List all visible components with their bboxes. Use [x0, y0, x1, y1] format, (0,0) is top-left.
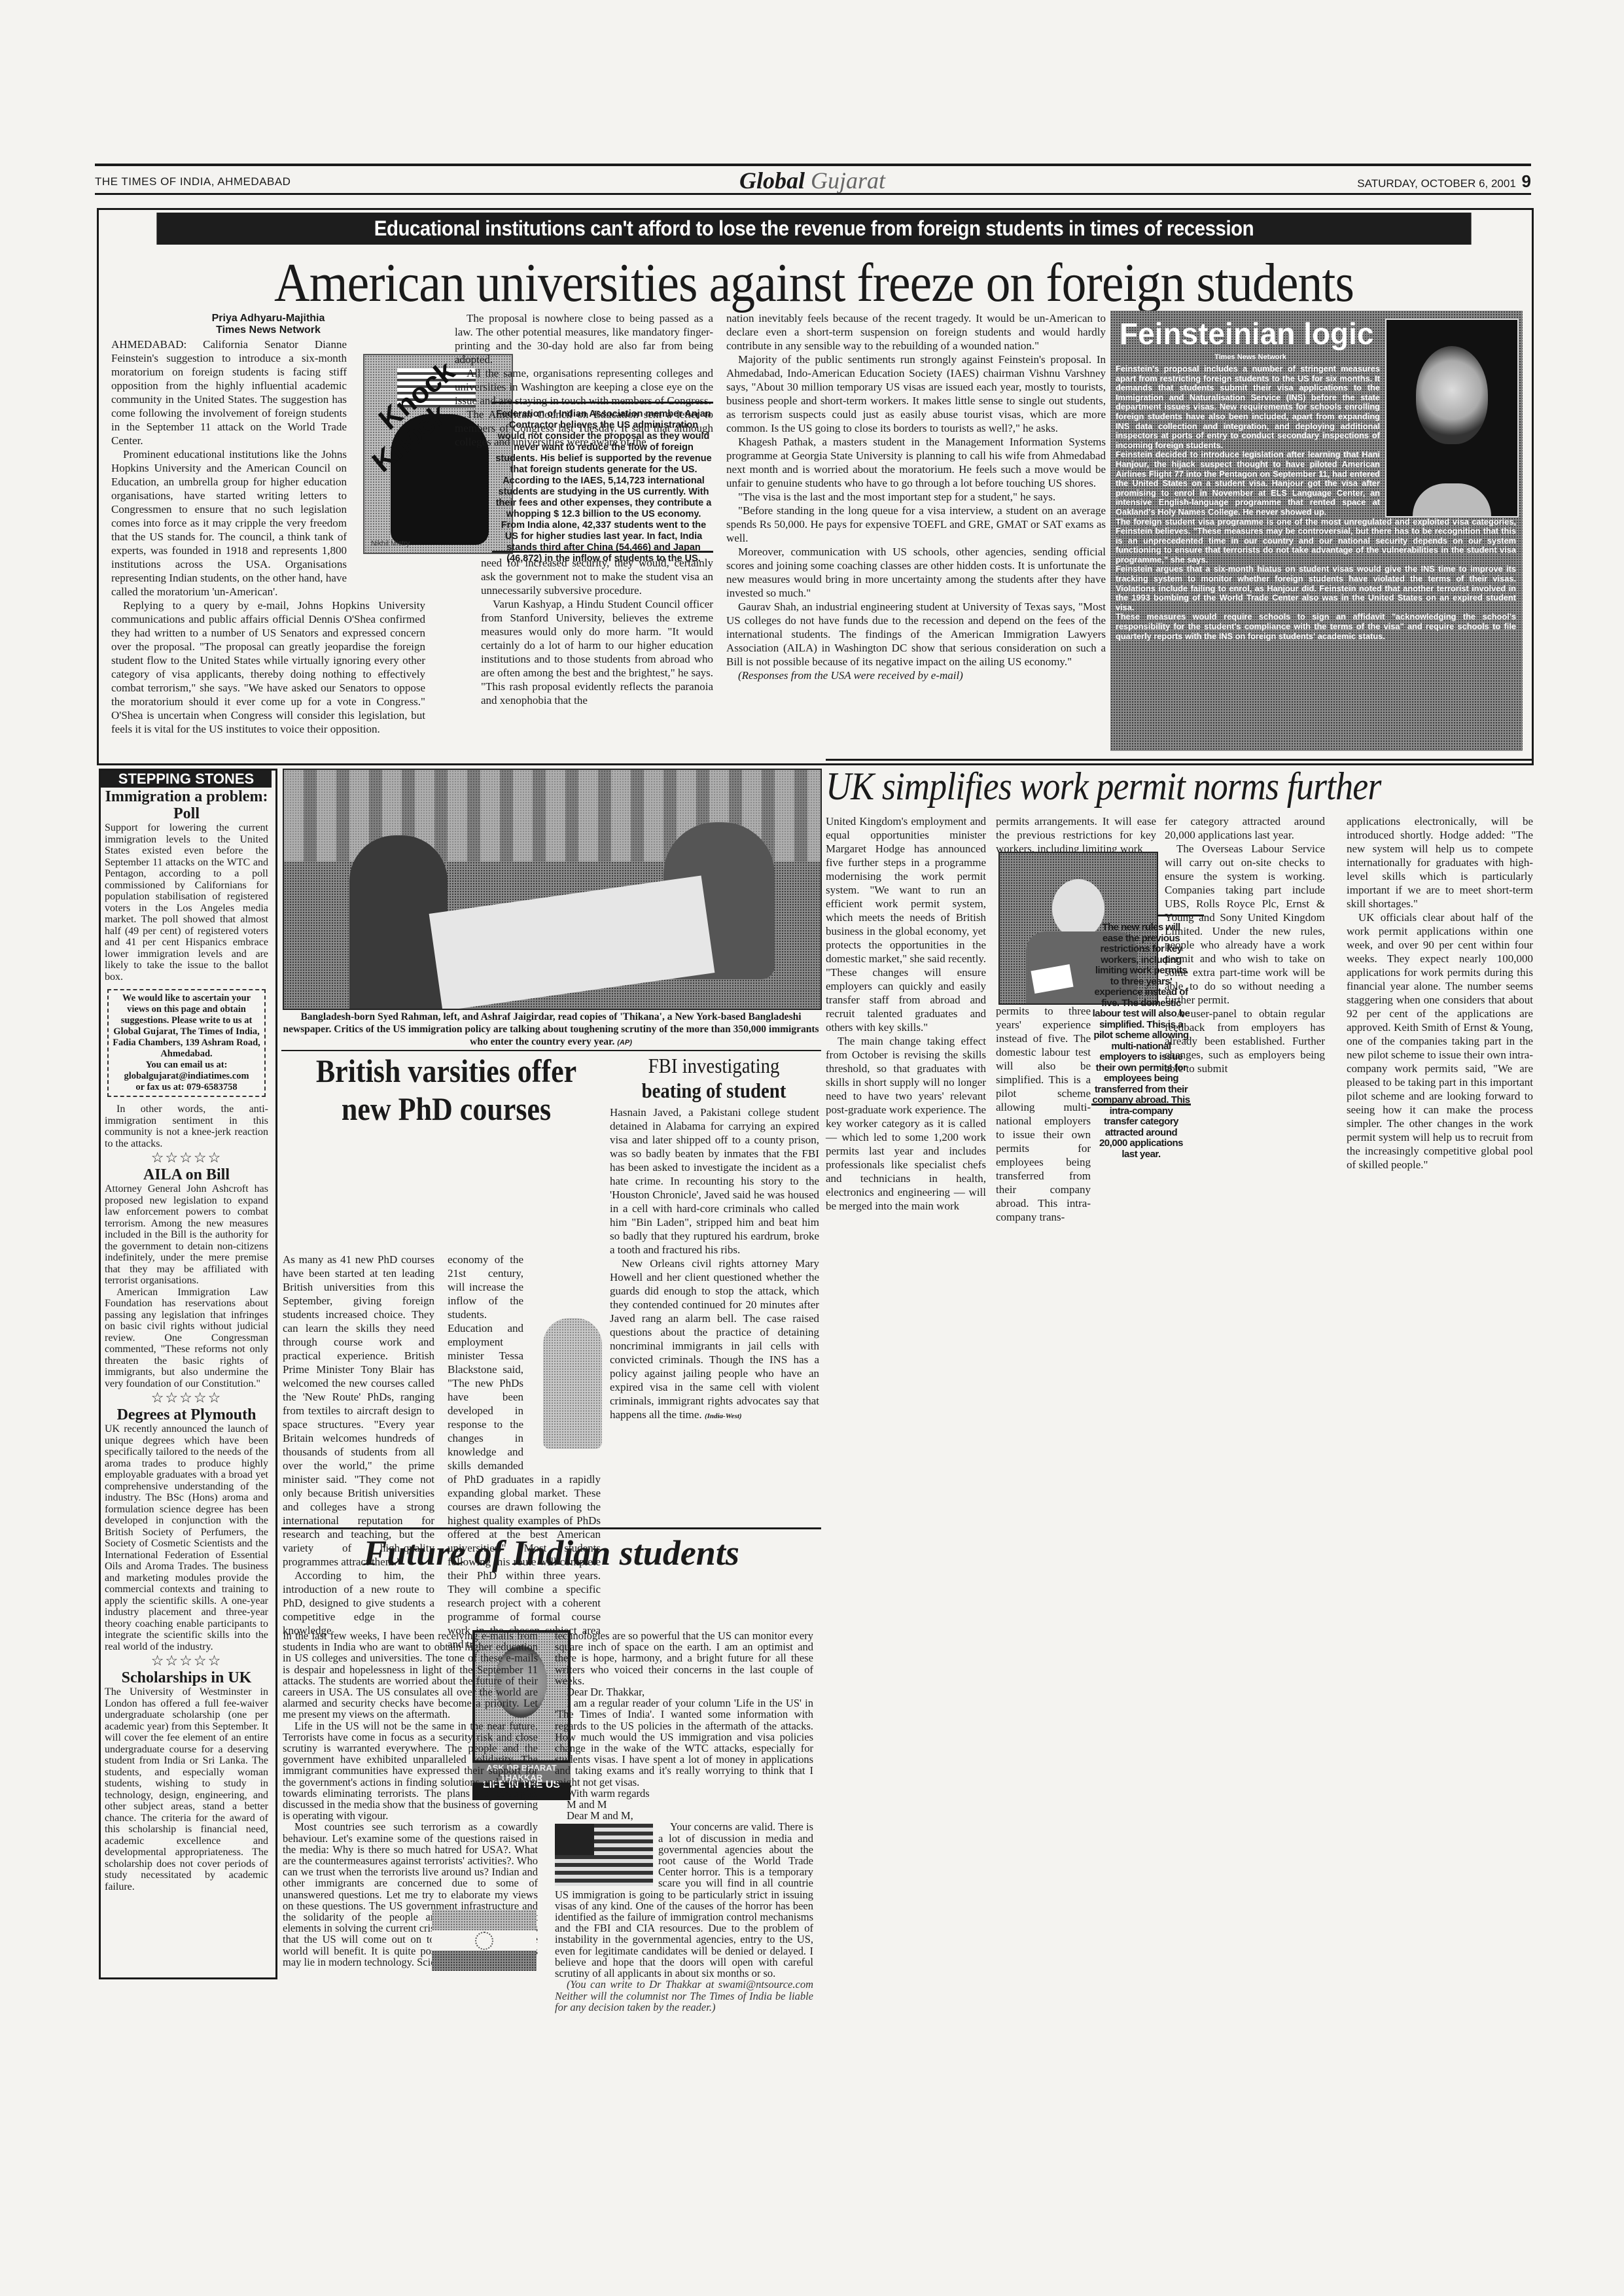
item-body-aila: Attorney General John Ashcroft has propo… [105, 1183, 268, 1389]
lead-col3: nation inevitably feels because of the r… [726, 311, 1106, 682]
lead-col2-after-p1: need for increased security, they would,… [481, 556, 713, 597]
photo-caption: Bangladesh-born Syed Rahman, left, and A… [283, 1011, 819, 1049]
feinstein-title: Feinsteinian logic [1120, 316, 1374, 351]
feinstein-sidebar: Feinsteinian logic Times News Network Fe… [1110, 311, 1523, 751]
lead-col2-after: need for increased security, they would,… [481, 556, 713, 707]
phd-col2: economy of the 21st century, will increa… [448, 1253, 601, 1651]
contact-text: We would like to ascertain your views on… [111, 993, 262, 1060]
phd-col1-p2: According to him, the introduction of a … [283, 1569, 434, 1637]
pullquote-bottom-rule [492, 551, 713, 553]
flag-band-bottom [432, 1951, 537, 1971]
stepping-stones-content: Immigration a problem: Poll Support for … [105, 788, 268, 1892]
fbi-headline-2: beating of student [619, 1078, 809, 1103]
uk-col3: fer category attracted around 20,000 app… [1165, 814, 1325, 1075]
fbi-headline: FBI investigating beating of student [619, 1053, 809, 1103]
contact-box: We would like to ascertain your views on… [107, 989, 266, 1097]
fbi-credit: (India-West) [705, 1412, 742, 1420]
future-headline: Future of Indian students [281, 1532, 821, 1574]
photo-credit: (AP) [617, 1039, 632, 1047]
feinstein-p5: These measures would require schools to … [1116, 612, 1516, 641]
future-col2-p7: Your concerns are valid. There is a lot … [555, 1821, 813, 1979]
contact-fax: or fax us at: 079-6583758 [111, 1082, 262, 1093]
section-title-global: Global [739, 167, 805, 194]
plymouth-p1: UK recently announced the launch of uniq… [105, 1423, 268, 1652]
chakra-icon [475, 1932, 493, 1950]
lead-col3-p6: Moreover, communication with US schools,… [726, 545, 1106, 600]
lead-agency: Times News Network [111, 324, 425, 336]
poll-after: In other words, the anti-immigration sen… [105, 1104, 268, 1149]
uk-top-rule [826, 759, 1532, 761]
us-flag-canton [555, 1824, 594, 1855]
uk-headline: UK simplifies work permit norms further [826, 764, 1462, 809]
flag-band-top [432, 1910, 537, 1930]
phd-headline-2: new PhD courses [302, 1090, 590, 1128]
phd-headline: British varsities offer new PhD courses [302, 1052, 590, 1128]
future-col1-p2: Life in the US will not be the same in t… [283, 1720, 538, 1822]
paper-name: THE TIMES OF INDIA, AHMEDABAD [95, 175, 291, 188]
uk-col1-p1: United Kingdom's employment and equal op… [826, 814, 986, 1034]
fbi-headline-1: FBI investigating [619, 1053, 809, 1078]
newspaper-page: { "masthead": { "left": "THE TIMES OF IN… [0, 0, 1624, 2296]
photo-newspaper [429, 876, 715, 1010]
lead-col3-p1: nation inevitably feels because of the r… [726, 311, 1106, 353]
item-title-plymouth: Degrees at Plymouth [105, 1406, 268, 1423]
item-title-scholarships: Scholarships in UK [105, 1669, 268, 1686]
lead-col3-p7: Gaurav Shah, an industrial engineering s… [726, 600, 1106, 669]
phd-col1: As many as 41 new PhD courses have been … [283, 1253, 434, 1637]
section-title-gujarat: Gujarat [811, 167, 885, 194]
lead-col3-p5: "Before standing in the long queue for a… [726, 504, 1106, 545]
item-body-poll: Support for lowering the current immigra… [105, 822, 268, 983]
item-title-aila: AILA on Bill [105, 1166, 268, 1183]
uk-col3-p3: A user-panel to obtain regular feedback … [1165, 1007, 1325, 1075]
future-col1-p1: In the last few weeks, I have been recei… [283, 1630, 538, 1720]
lead-col3-p4: "The visa is the last and the most impor… [726, 490, 1106, 504]
date: SATURDAY, OCTOBER 6, 2001 [1357, 177, 1516, 190]
future-col2-p1: technologies are so powerful that the US… [555, 1630, 813, 1686]
uk-col2-top: permits arrangements. It will ease the p… [996, 814, 1156, 856]
uk-col4-p1: applications electronically, will be int… [1347, 814, 1533, 911]
lead-col3-p2: Majority of the public sentiments run st… [726, 353, 1106, 435]
poll-after-p: In other words, the anti-immigration sen… [105, 1104, 268, 1149]
lead-col2-p1: The proposal is nowhere close to being p… [455, 311, 713, 366]
fbi-body: Hasnain Javed, a Pakistani college stude… [610, 1105, 819, 1423]
lead-col1-p3: Replying to a query by e-mail, Johns Hop… [111, 599, 425, 736]
lead-col2-after-p2: Varun Kashyap, a Hindu Student Council o… [481, 597, 713, 707]
uk-col1: United Kingdom's employment and equal op… [826, 814, 986, 1213]
section-title: Global Gujarat [739, 167, 885, 194]
page-date: SATURDAY, OCTOBER 6, 2001 9 [1357, 171, 1531, 192]
photo-caption-text: Bangladesh-born Syed Rahman, left, and A… [283, 1011, 819, 1047]
lead-pullquote: Federation of Indian Association member … [494, 409, 713, 565]
uk-col2-bottom: permits to three years' experience inste… [996, 1004, 1091, 1224]
lead-kicker: Educational institutions can't afford to… [156, 213, 1471, 245]
lead-headline: American universities against freeze on … [171, 252, 1457, 315]
aila-p1: Attorney General John Ashcroft has propo… [105, 1183, 268, 1287]
uk-col4: applications electronically, will be int… [1347, 814, 1533, 1172]
fbi-p2-text: New Orleans civil rights attorney Mary H… [610, 1257, 819, 1421]
lead-col3-p3: Khagesh Pathak, a masters student in the… [726, 435, 1106, 490]
future-col2-p3: I am a regular reader of your column 'Li… [555, 1697, 813, 1788]
item-body-scholarships: The University of Westminster in London … [105, 1686, 268, 1892]
future-col2-p4: With warm regards [555, 1788, 813, 1799]
item-title-poll: Immigration a problem: Poll [105, 788, 268, 822]
star-separator-1: ☆☆☆☆☆ [105, 1149, 268, 1166]
illustration-credit: Nikhil Mistry [371, 540, 410, 548]
future-col2-p5: M and M [555, 1799, 813, 1810]
poll-p1: Support for lowering the current immigra… [105, 822, 268, 983]
item-body-plymouth: UK recently announced the launch of uniq… [105, 1423, 268, 1652]
uk-col3-p2: The Overseas Labour Service will carry o… [1165, 842, 1325, 1007]
uk-col4-p2: UK officials clear about half of the wor… [1347, 911, 1533, 1172]
masthead-bottom-rule [95, 193, 1531, 195]
flag-band-middle [432, 1930, 537, 1951]
fbi-p1: Hasnain Javed, a Pakistani college stude… [610, 1105, 819, 1257]
feinstein-p3: The foreign student visa programme is on… [1116, 517, 1516, 565]
feinstein-body: Feinstein's proposal includes a number o… [1116, 364, 1516, 641]
aila-p2: American Immigration Law Foundation has … [105, 1287, 268, 1390]
news-photo [283, 769, 822, 1010]
lead-footnote: (Responses from the USA were received by… [726, 669, 1106, 682]
future-col2-p6: Dear M and M, [555, 1810, 813, 1821]
phd-headline-1: British varsities offer [302, 1052, 590, 1090]
scholarships-p1: The University of Westminster in London … [105, 1686, 268, 1892]
fbi-p2: New Orleans civil rights attorney Mary H… [610, 1257, 819, 1423]
star-separator-3: ☆☆☆☆☆ [105, 1652, 268, 1669]
feinstein-p4: Feinstein argues that a six-month hiatus… [1116, 565, 1516, 612]
future-footnote: (You can write to Dr Thakkar at swami@nt… [555, 1979, 813, 2013]
uk-col3-p1: fer category attracted around 20,000 app… [1165, 814, 1325, 842]
stepping-stones-banner: STEPPING STONES [101, 771, 272, 788]
photo-bottom-rule [281, 1050, 821, 1051]
page-number: 9 [1522, 171, 1531, 191]
future-col2-p2: Dear Dr. Thakkar, [555, 1686, 813, 1697]
lead-byline: Priya Adhyaru-Majithia [111, 313, 425, 324]
contact-email-label: You can email us at: [111, 1060, 262, 1071]
masthead-top-rule [95, 164, 1531, 166]
uk-col1-p2: The main change taking effect from Octob… [826, 1034, 986, 1213]
phd-col1-p1: As many as 41 new PhD courses have been … [283, 1253, 434, 1569]
us-flag-icon-2 [555, 1824, 653, 1886]
feinstein-agency: Times News Network [1120, 353, 1381, 361]
contact-email[interactable]: globalgujarat@indiatimes.com [111, 1071, 262, 1082]
future-col2: technologies are so powerful that the US… [555, 1630, 813, 2013]
portrait-float [1380, 364, 1516, 510]
pullquote-top-rule [492, 402, 713, 404]
future-top-rule [281, 1527, 821, 1529]
student-illustration [543, 1318, 602, 1449]
india-flag-icon [432, 1910, 537, 1972]
uk-pullquote-bottom-rule [1091, 1104, 1191, 1105]
star-separator-2: ☆☆☆☆☆ [105, 1389, 268, 1406]
